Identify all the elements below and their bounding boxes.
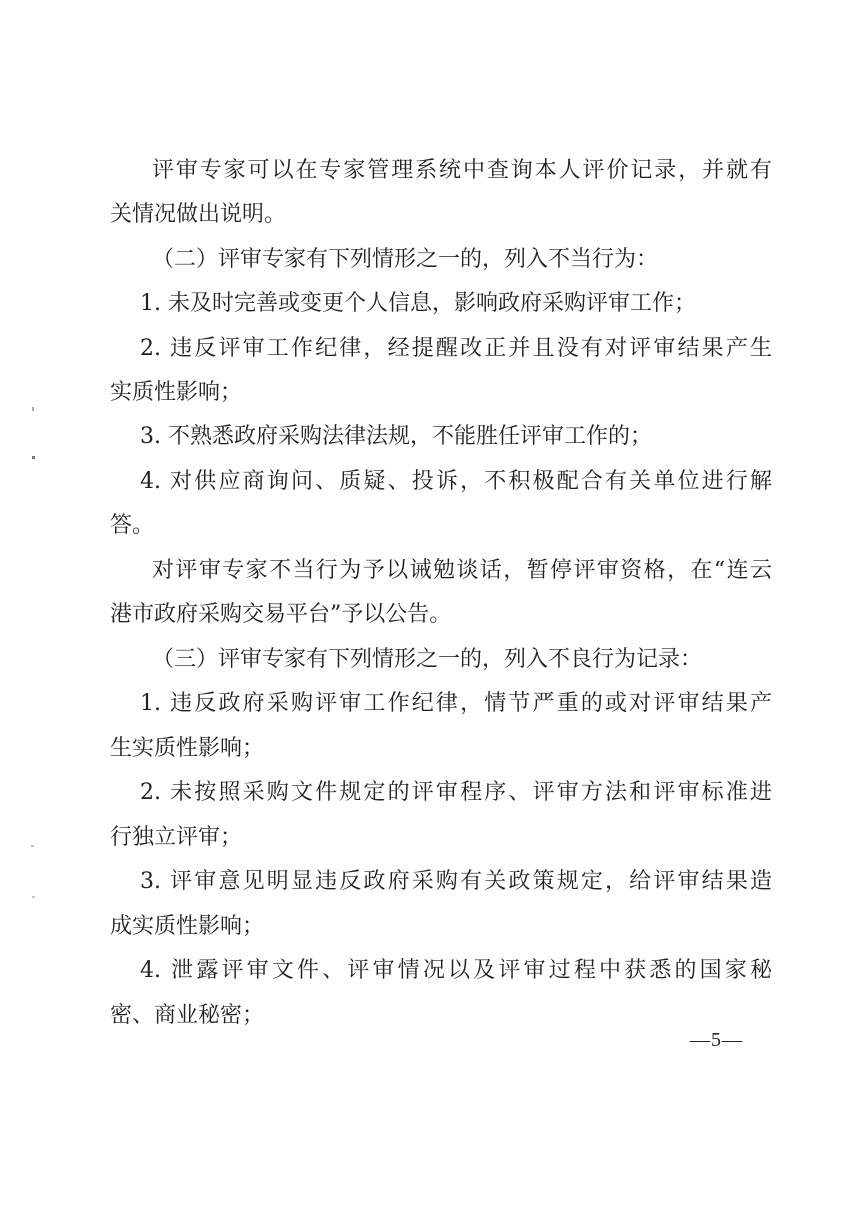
list-item: 4. 对供应商询问、质疑、投诉，不积极配合有关单位进行解 bbox=[140, 467, 772, 497]
page-number: —5— bbox=[690, 1026, 743, 1054]
list-item: 2. 违反评审工作纪律，经提醒改正并且没有对评审结果产生 bbox=[140, 334, 772, 364]
scan-mark bbox=[32, 456, 35, 459]
section-heading-2: （二）评审专家有下列情形之一的，列入不当行为： bbox=[152, 245, 658, 275]
paragraph-line: 对评审专家不当行为予以诫勉谈话，暂停评审资格，在“连云 bbox=[152, 556, 772, 586]
scan-mark bbox=[32, 896, 35, 898]
document-page: 评审专家可以在专家管理系统中查询本人评价记录，并就有 关情况做出说明。 （二）评… bbox=[0, 0, 868, 1228]
scan-mark bbox=[32, 407, 34, 411]
list-item-continuation: 答。 bbox=[110, 511, 154, 541]
list-item: 1. 违反政府采购评审工作纪律，情节严重的或对评审结果产 bbox=[140, 689, 772, 719]
paragraph-line: 关情况做出说明。 bbox=[110, 200, 286, 230]
list-item-continuation: 生实质性影响； bbox=[110, 734, 264, 764]
scan-mark bbox=[31, 845, 34, 847]
paragraph-line: 港市政府采购交易平台”予以公告。 bbox=[110, 600, 451, 630]
list-item: 1. 未及时完善或变更个人信息，影响政府采购评审工作； bbox=[140, 289, 696, 319]
list-item-continuation: 成实质性影响； bbox=[110, 912, 264, 942]
list-item-continuation: 实质性影响； bbox=[110, 378, 242, 408]
section-heading-3: （三）评审专家有下列情形之一的，列入不良行为记录： bbox=[152, 645, 702, 675]
list-item-continuation: 密、商业秘密； bbox=[110, 1001, 264, 1031]
list-item: 2. 未按照采购文件规定的评审程序、评审方法和评审标准进 bbox=[140, 778, 772, 808]
list-item: 3. 评审意见明显违反政府采购有关政策规定，给评审结果造 bbox=[140, 867, 772, 897]
list-item-continuation: 行独立评审； bbox=[110, 823, 242, 853]
list-item: 3. 不熟悉政府采购法律法规，不能胜任评审工作的； bbox=[140, 422, 652, 452]
list-item: 4. 泄露评审文件、评审情况以及评审过程中获悉的国家秘 bbox=[140, 956, 772, 986]
paragraph-line: 评审专家可以在专家管理系统中查询本人评价记录，并就有 bbox=[152, 156, 772, 186]
